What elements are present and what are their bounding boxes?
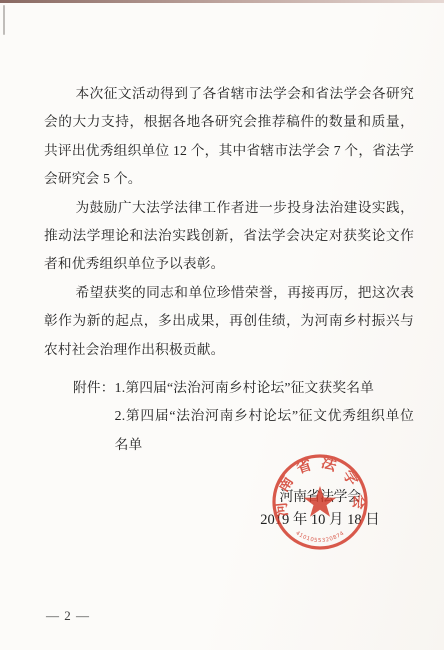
issuer-name: 河南省法学会 <box>245 486 395 506</box>
seal-serial-number: 4101055320874 <box>294 530 345 544</box>
paragraph-results: 本次征文活动得到了各省辖市法学会和省法学会各研究会的大力支持，根据各地各研究会推… <box>44 80 414 194</box>
paragraph-commendation: 为鼓励广大法学法律工作者进一步投身法治建设实践，推动法学理论和法治实践创新，省法… <box>44 194 414 279</box>
scanned-document-page: { "body": { "paragraphs": [ "本次征文活动得到了各省… <box>0 0 444 650</box>
attachments-label: 附件： <box>73 374 115 402</box>
attachment-item-1: 1.第四届“法治河南乡村论坛”征文获奖名单 <box>115 374 414 402</box>
signoff-date: 2019 年 10 月 18 日 <box>245 508 395 529</box>
attachments-list: 1.第四届“法治河南乡村论坛”征文获奖名单 2.第四届“法治河南乡村论坛”征文优… <box>115 374 414 459</box>
page-number: — 2 — <box>46 608 90 624</box>
attachment-item-2: 2.第四届“法治河南乡村论坛”征文优秀组织单位名单 <box>115 402 414 459</box>
document-body: 本次征文活动得到了各省辖市法学会和省法学会各研究会的大力支持，根据各地各研究会推… <box>44 80 414 459</box>
paragraph-hope: 希望获奖的同志和单位珍惜荣誉，再接再厉，把这次表彰作为新的起点，多出成果，再创佳… <box>44 279 414 364</box>
attachments-block: 附件： 1.第四届“法治河南乡村论坛”征文获奖名单 2.第四届“法治河南乡村论坛… <box>44 374 414 459</box>
scan-artifact-top-line <box>0 0 444 3</box>
scan-artifact-left-scratch <box>3 5 5 35</box>
